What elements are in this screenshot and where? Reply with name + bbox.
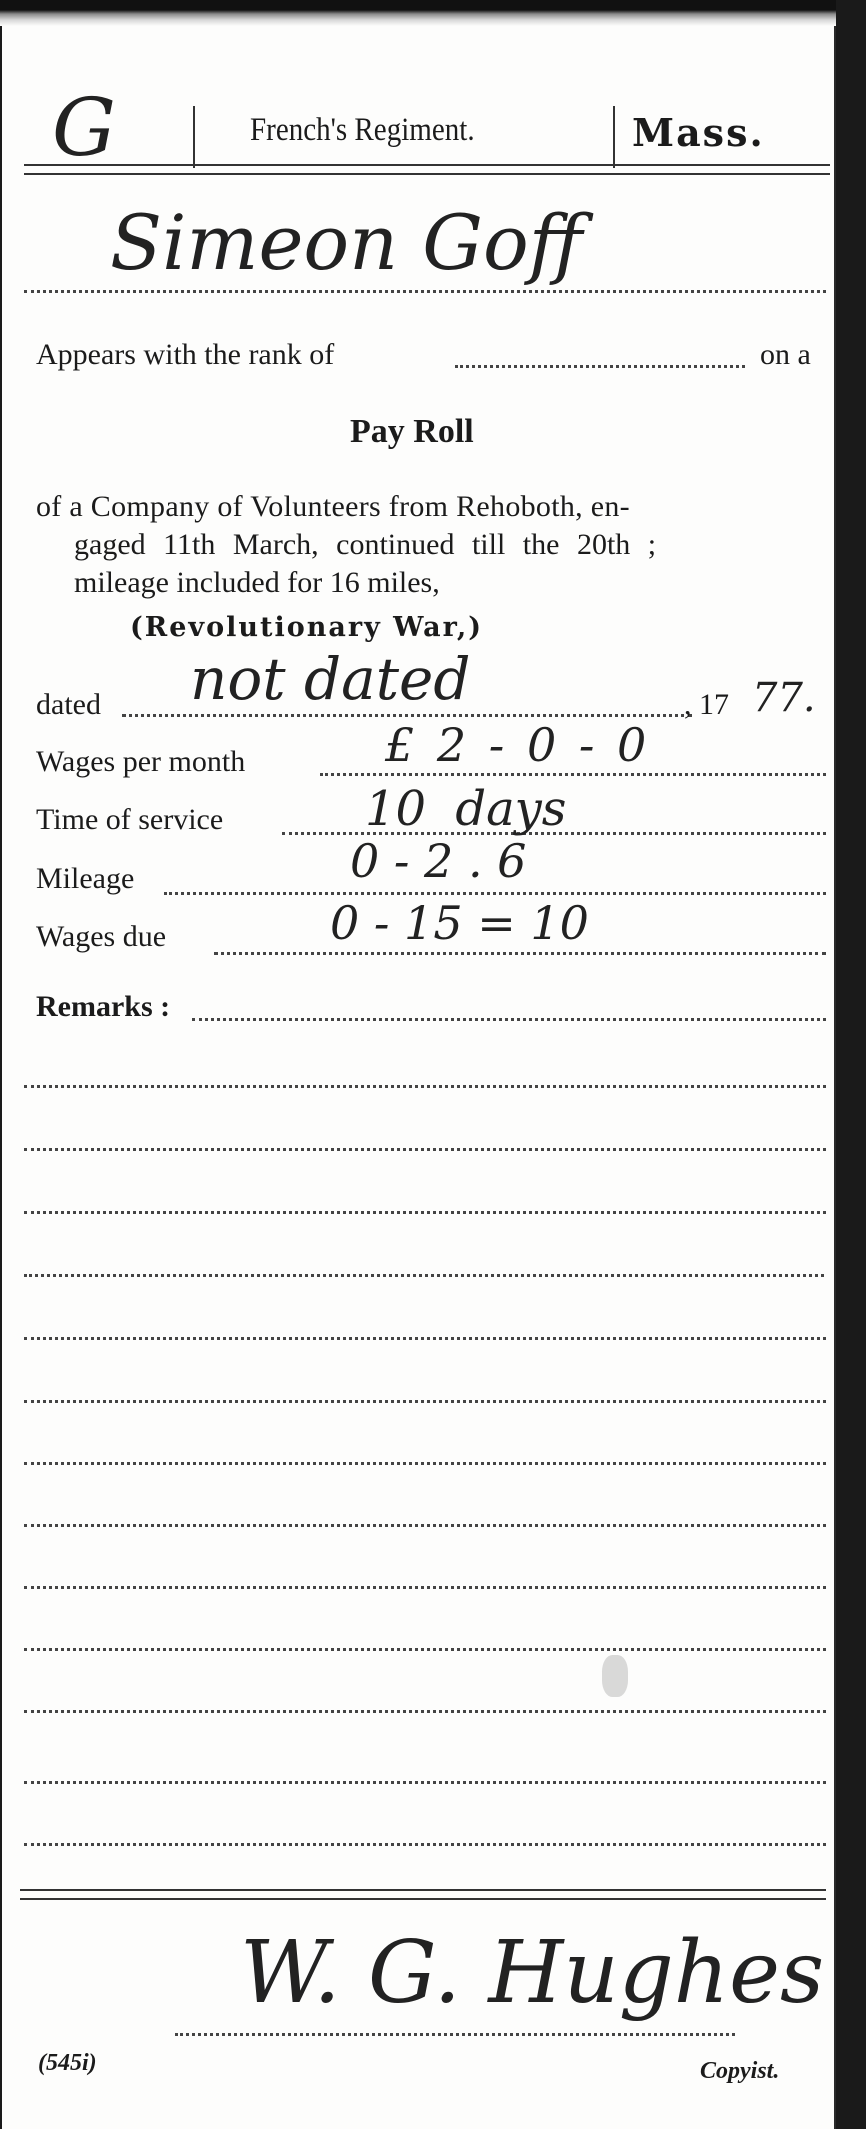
- rank-suffix: on a: [760, 338, 811, 372]
- description-line-1: of a Company of Volunteers from Rehoboth…: [36, 490, 630, 524]
- dated-label: dated: [36, 688, 101, 722]
- wages-due-dotted-line: [214, 952, 826, 955]
- dated-year-suffix: 77.: [752, 678, 816, 718]
- remarks-blank-line: [24, 1586, 826, 1589]
- name-dotted-line: [24, 290, 826, 293]
- copyist-signature: W. G. Hughes: [240, 1930, 824, 2016]
- header-divider-1: [193, 106, 195, 168]
- rank-dotted-line: [455, 365, 745, 368]
- remarks-blank-line: [24, 1274, 824, 1277]
- time-of-service-label: Time of service: [36, 803, 223, 837]
- rank-prefix: Appears with the rank of: [36, 338, 334, 372]
- description-line-2: gaged 11th March, continued till the 20t…: [74, 528, 656, 562]
- header-rule-bottom: [24, 173, 830, 175]
- remarks-blank-line: [24, 1462, 826, 1465]
- copyist-label: Copyist.: [700, 2058, 779, 2085]
- regiment-name: French's Regiment.: [250, 112, 475, 149]
- wages-due-value: 0 - 15 = 10: [330, 900, 589, 946]
- header-rule-top: [24, 164, 830, 166]
- ink-smudge: [602, 1655, 628, 1697]
- remarks-blank-line: [24, 1400, 826, 1403]
- dated-dotted-line: [122, 714, 692, 717]
- scan-top-edge: [0, 0, 866, 26]
- mileage-dotted-line: [164, 892, 826, 895]
- war-label: (Revolutionary War,): [130, 612, 483, 643]
- mileage-value: 0 - 2 . 6: [350, 838, 526, 884]
- card-document: [2, 16, 837, 2129]
- remarks-blank-line: [24, 1843, 826, 1846]
- wages-per-month-label: Wages per month: [36, 745, 245, 779]
- time-of-service-value: 10 days: [365, 785, 566, 833]
- remarks-blank-line: [24, 1524, 826, 1527]
- description-line-3: mileage included for 16 miles,: [74, 566, 440, 600]
- remarks-blank-line: [24, 1148, 826, 1151]
- wages-due-label: Wages due: [36, 920, 166, 954]
- soldier-name: Simeon Goff: [110, 205, 583, 281]
- remarks-blank-line: [24, 1085, 826, 1088]
- remarks-blank-line: [24, 1337, 826, 1340]
- footer-rule-top: [20, 1889, 826, 1891]
- wages-per-month-value: £ 2 - 0 - 0: [385, 722, 646, 768]
- mileage-label: Mileage: [36, 862, 134, 896]
- record-type-title: Pay Roll: [350, 413, 474, 451]
- state-name: Mass.: [632, 110, 765, 155]
- scan-right-edge: [836, 0, 866, 2129]
- header-divider-2: [613, 106, 615, 168]
- dated-year-prefix: , 17: [684, 688, 729, 722]
- wages-per-month-dotted-line: [320, 773, 826, 776]
- remarks-blank-line: [24, 1211, 826, 1214]
- remarks-blank-line: [24, 1648, 826, 1651]
- form-number: (545i): [38, 2050, 97, 2077]
- company-letter: G: [52, 88, 116, 168]
- remarks-dotted-line: [192, 1018, 826, 1021]
- remarks-label: Remarks :: [36, 990, 170, 1024]
- remarks-blank-line: [24, 1781, 826, 1784]
- dated-value: not dated: [190, 650, 470, 708]
- footer-rule-bottom: [20, 1898, 826, 1900]
- signature-dotted-line: [175, 2033, 735, 2036]
- remarks-blank-line: [24, 1710, 826, 1713]
